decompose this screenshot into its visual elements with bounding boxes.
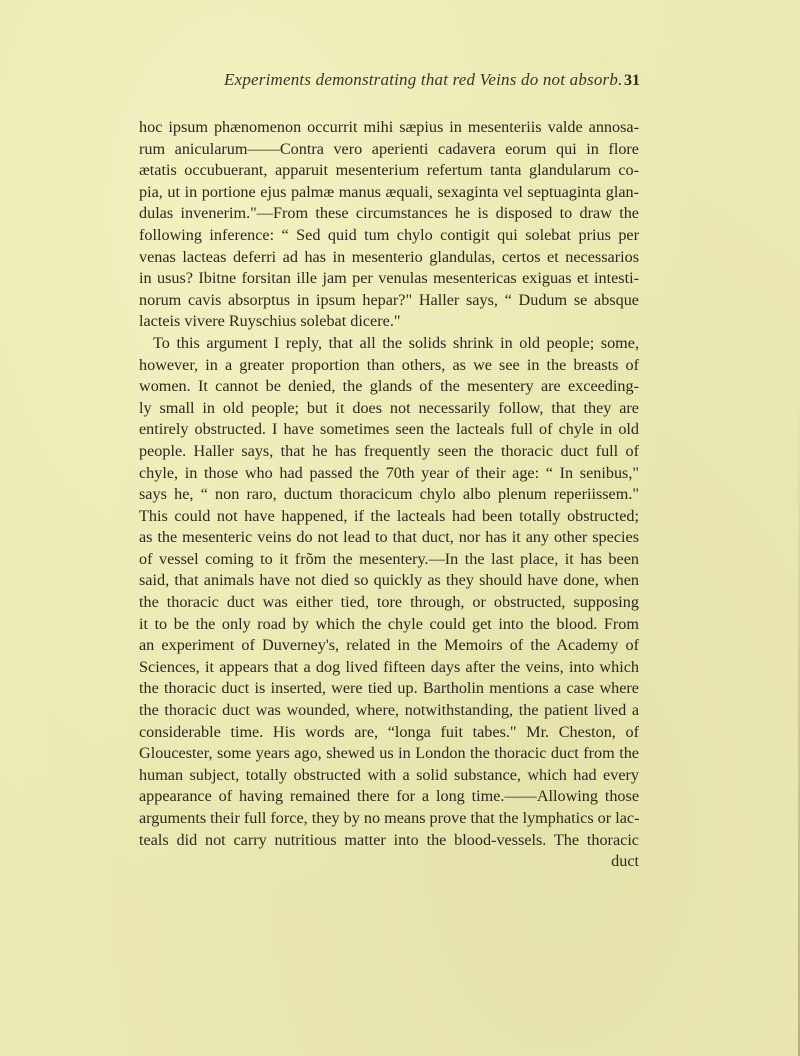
text-line: women. It cannot be denied, the glands o… [139, 376, 639, 398]
page-number: 31 [624, 72, 640, 90]
text-line: Gloucester, some years ago, shewed us in… [139, 743, 639, 765]
text-line: rum anicularum——Contra vero aperienti ca… [139, 139, 639, 161]
scanned-book-page: Experiments demonstrating that red Veins… [0, 0, 800, 1056]
text-line: as the mesenteric veins do not lead to t… [139, 527, 639, 549]
text-line: said, that animals have not died so quic… [139, 570, 639, 592]
text-line: of vessel coming to it frõm the mesenter… [139, 549, 639, 571]
paragraph-start-line: To this argument I reply, that all the s… [139, 333, 639, 355]
text-line: people. Haller says, that he has frequen… [139, 441, 639, 463]
text-line: says he, “ non raro, ductum thoracicum c… [139, 484, 639, 506]
text-line: however, in a greater proportion than ot… [139, 355, 639, 377]
text-line: ly small in old people; but it does not … [139, 398, 639, 420]
text-line: chyle, in those who had passed the 70th … [139, 463, 639, 485]
text-line: venas lacteas deferri ad has in mesenter… [139, 247, 639, 269]
text-line: ætatis occubuerant, apparuit mesenterium… [139, 160, 639, 182]
running-head: Experiments demonstrating that red Veins… [224, 70, 644, 94]
text-line: dulas invenerim."—From these circumstanc… [139, 203, 639, 225]
text-line: arguments their full force, they by no m… [139, 808, 639, 830]
text-line: This could not have happened, if the lac… [139, 506, 639, 528]
text-line: appearance of having remained there for … [139, 786, 639, 808]
text-line: human subject, totally obstructed with a… [139, 765, 639, 787]
text-line: norum cavis absorptus in ipsum hepar?" H… [139, 290, 639, 312]
catchword: duct [139, 851, 639, 873]
text-line: lacteis vivere Ruyschius solebat dicere.… [139, 311, 639, 333]
text-line: the thoracic duct was either tied, tore … [139, 592, 639, 614]
text-line: teals did not carry nutritious matter in… [139, 830, 639, 852]
text-line: in usus? Ibitne forsitan ille jam per ve… [139, 268, 639, 290]
body-text: hoc ipsum phænomenon occurrit mihi sæpiu… [139, 117, 639, 873]
text-line: it to be the only road by which the chyl… [139, 614, 639, 636]
running-title: Experiments demonstrating that red Veins… [224, 70, 623, 90]
text-line: the thoracic duct is inserted, were tied… [139, 678, 639, 700]
text-line: following inference: “ Sed quid tum chyl… [139, 225, 639, 247]
text-line: an experiment of Duverney's, related in … [139, 635, 639, 657]
text-line: pia, ut in portione ejus palmæ manus æqu… [139, 182, 639, 204]
text-line: considerable time. His words are, “longa… [139, 722, 639, 744]
text-line: hoc ipsum phænomenon occurrit mihi sæpiu… [139, 117, 639, 139]
text-line: the thoracic duct was wounded, where, no… [139, 700, 639, 722]
text-line: Sciences, it appears that a dog lived fi… [139, 657, 639, 679]
text-line: entirely obstructed. I have sometimes se… [139, 419, 639, 441]
